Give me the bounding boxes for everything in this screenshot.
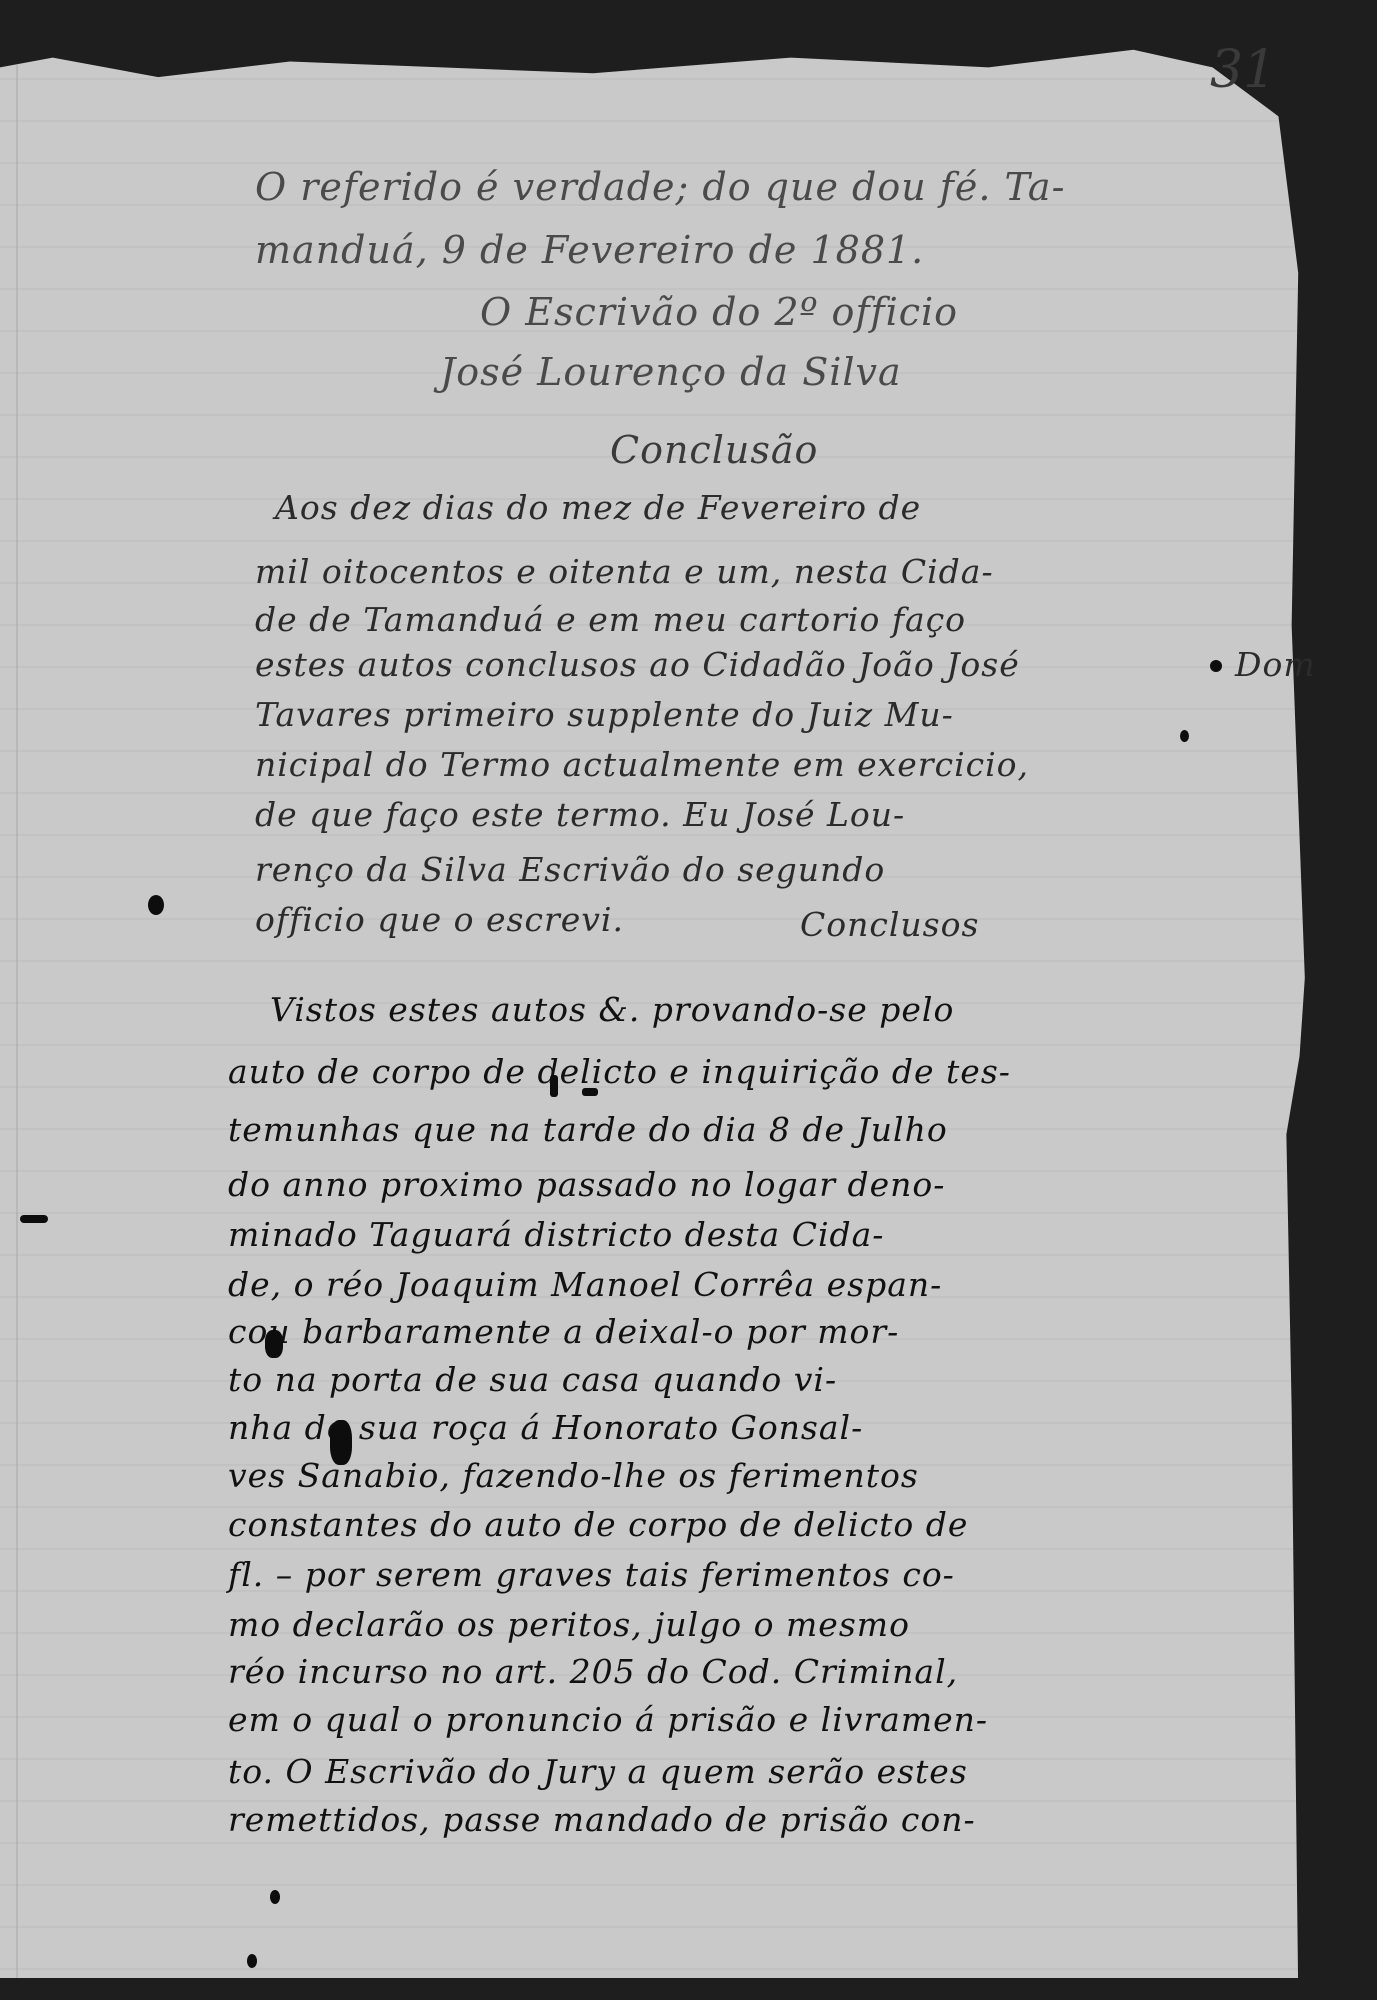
conclusos-mark: Conclusos [800, 905, 979, 944]
paragraph-line: nicipal do Termo actualmente em exercici… [255, 745, 1029, 784]
paragraph-line: em o qual o pronuncio á prisão e livrame… [228, 1700, 988, 1739]
margin-note: Dom [1235, 645, 1316, 684]
paragraph-line: Vistos estes autos &. provando-se pelo [270, 990, 954, 1029]
section-heading: Conclusão [610, 428, 818, 472]
ink-blot [330, 1420, 352, 1465]
ink-blot [582, 1088, 598, 1096]
paragraph-line: de que faço este termo. Eu José Lou- [255, 795, 905, 834]
paragraph-line: Aos dez dias do mez de Fevereiro de [275, 488, 921, 527]
page-number: 31 [1210, 40, 1276, 100]
paragraph-line: temunhas que na tarde do dia 8 de Julho [228, 1110, 948, 1149]
paragraph-line: estes autos conclusos ao Cidadão João Jo… [255, 645, 1020, 684]
certificate-line: O Escrivão do 2º officio [480, 290, 958, 334]
paragraph-line: mil oitocentos e oitenta e um, nesta Cid… [255, 552, 994, 591]
paragraph-line: cou barbaramente a deixal-o por mor- [228, 1312, 899, 1351]
paragraph-line: do anno proximo passado no logar deno- [228, 1165, 945, 1204]
paragraph-line: remettidos, passe mandado de prisão con- [228, 1800, 976, 1839]
paragraph-line: to. O Escrivão do Jury a quem serão este… [228, 1752, 968, 1791]
margin-rule [16, 38, 18, 1996]
ink-blot [1210, 660, 1222, 672]
certificate-line: manduá, 9 de Fevereiro de 1881. [255, 228, 924, 272]
ink-blot [1180, 730, 1189, 742]
paragraph-line: to na porta de sua casa quando vi- [228, 1360, 837, 1399]
ink-blot [270, 1890, 280, 1904]
paragraph-line: officio que o escrevi. [255, 900, 624, 939]
ink-blot [20, 1215, 48, 1223]
paragraph-line: nha de sua roça á Honorato Gonsal- [228, 1408, 863, 1447]
paragraph-line: de de Tamanduá e em meu cartorio faço [255, 600, 966, 639]
signature-line: José Lourenço da Silva [440, 350, 902, 394]
paragraph-line: réo incurso no art. 205 do Cod. Criminal… [228, 1652, 958, 1691]
certificate-line: O referido é verdade; do que dou fé. Ta- [255, 165, 1065, 209]
ink-blot [148, 895, 164, 915]
paragraph-line: fl. – por serem graves tais ferimentos c… [228, 1555, 955, 1594]
paragraph-line: renço da Silva Escrivão do segundo [255, 850, 885, 889]
paragraph-line: auto de corpo de delicto e inquirição de… [228, 1052, 1011, 1091]
ink-blot [247, 1954, 257, 1968]
paragraph-line: Tavares primeiro supplente do Juiz Mu- [255, 695, 954, 734]
paragraph-line: constantes do auto de corpo de delicto d… [228, 1505, 968, 1544]
paragraph-line: ves Sanabio, fazendo-lhe os ferimentos [228, 1456, 919, 1495]
paragraph-line: mo declarão os peritos, julgo o mesmo [228, 1605, 910, 1644]
paragraph-line: minado Taguará districto desta Cida- [228, 1215, 884, 1254]
scan-background-bottom [0, 1978, 1377, 2000]
ink-blot [265, 1330, 283, 1358]
paragraph-line: de, o réo Joaquim Manoel Corrêa espan- [228, 1265, 942, 1304]
ink-blot [550, 1075, 558, 1097]
